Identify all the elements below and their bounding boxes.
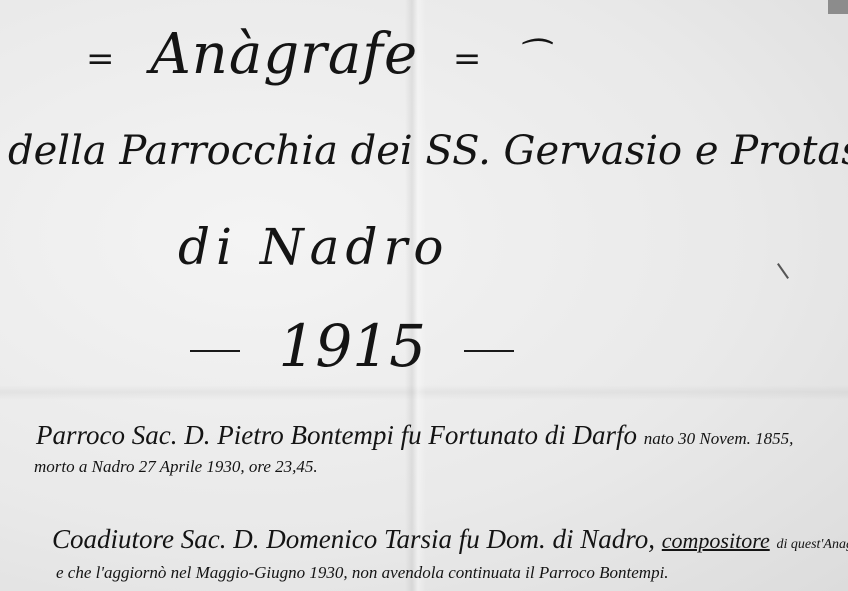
parish-priest-entry-line1: Parroco Sac. D. Pietro Bontempi fu Fortu…: [36, 420, 793, 451]
year-heading: 1915: [170, 312, 534, 380]
coadjutor-name: Coadiutore Sac. D. Domenico Tarsia fu Do…: [52, 524, 655, 554]
coadjutor-role-note: di quest'Anagrafe: [776, 537, 848, 552]
coadjutor-update-note: e che l'aggiornò nel Maggio-Giugno 1930,…: [56, 563, 669, 583]
year-right-rule: [464, 350, 514, 352]
title-left-ornament: =: [86, 39, 116, 79]
year-text: 1915: [278, 312, 426, 380]
flourish-icon: ⁀: [517, 39, 545, 79]
paper-corner-shadow: [828, 0, 848, 14]
parish-name: della Parrocchia dei SS. Gervasio e Prot…: [8, 128, 848, 174]
coadjutor-role: compositore: [662, 528, 770, 553]
parish-priest-birth: nato 30 Novem. 1855,: [644, 429, 794, 448]
coadjutor-entry-line1: Coadiutore Sac. D. Domenico Tarsia fu Do…: [52, 524, 848, 555]
year-left-rule: [190, 350, 240, 352]
title-text: Anàgrafe: [150, 22, 418, 87]
title-right-ornament: =: [453, 39, 483, 79]
document-title: = Anàgrafe = ⁀: [70, 22, 546, 87]
parish-priest-name: Parroco Sac. D. Pietro Bontempi fu Fortu…: [36, 420, 637, 450]
parish-priest-death: morto a Nadro 27 Aprile 1930, ore 23,45.: [34, 457, 318, 477]
paper-background: [0, 0, 848, 591]
town-name: di Nadro: [178, 218, 449, 276]
